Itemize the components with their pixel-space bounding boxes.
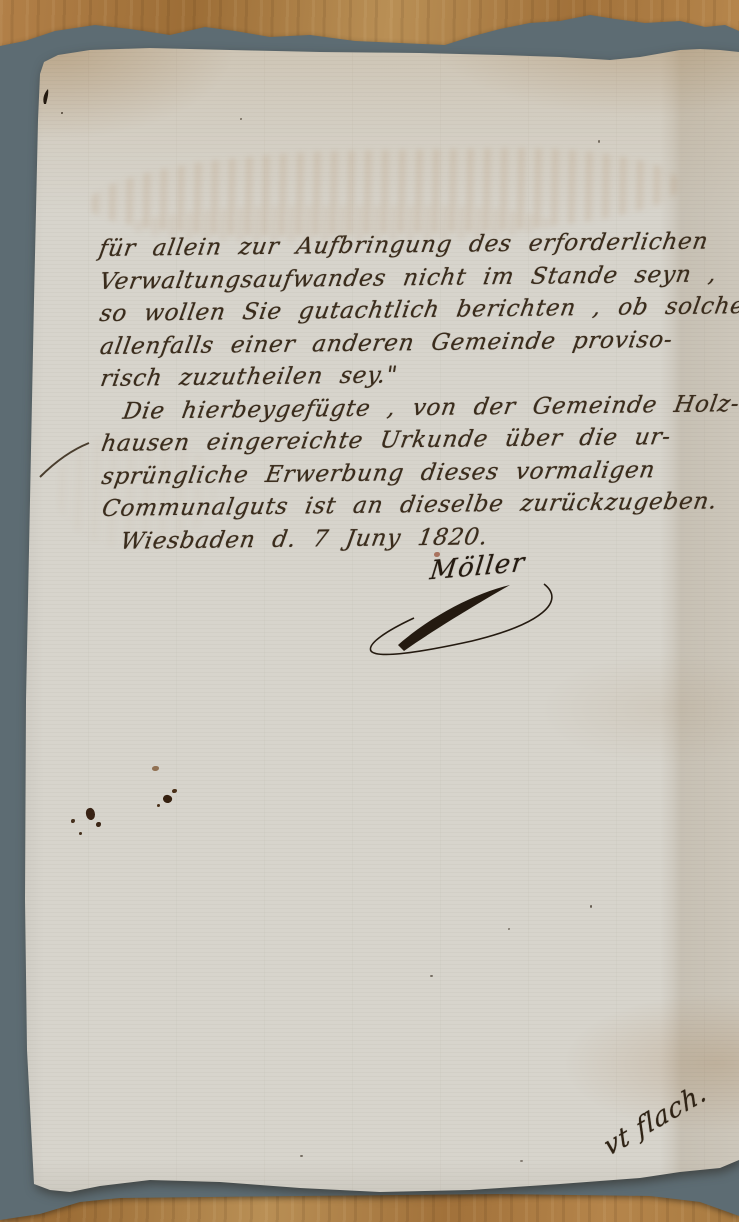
signature-flourish-loop bbox=[370, 584, 551, 654]
ink-speck bbox=[733, 1204, 737, 1207]
ink-marks-overlay bbox=[0, 0, 739, 1222]
ink-speck bbox=[508, 928, 510, 930]
ink-speck bbox=[300, 1155, 303, 1157]
ink-blot bbox=[157, 804, 160, 807]
stain-spot bbox=[152, 766, 159, 771]
dateline: Wiesbaden d. 7 Juny 1820. bbox=[100, 518, 717, 558]
ink-blot bbox=[698, 1200, 706, 1206]
margin-stroke bbox=[40, 443, 89, 477]
ink-blot bbox=[79, 832, 82, 835]
ink-speck bbox=[520, 1160, 523, 1162]
ink-blot bbox=[96, 822, 101, 827]
ink-bleedthrough-band bbox=[87, 145, 678, 239]
ink-blot bbox=[84, 807, 96, 821]
ink-blot bbox=[172, 789, 177, 793]
document-page-shadow: für allein zur Aufbringung des erforderl… bbox=[0, 0, 739, 1222]
ink-speck bbox=[61, 112, 63, 114]
ink-blot bbox=[71, 819, 75, 823]
document-page: für allein zur Aufbringung des erforderl… bbox=[0, 0, 739, 1222]
handwritten-text-block: für allein zur Aufbringung des erforderl… bbox=[96, 226, 712, 558]
ink-speck bbox=[598, 140, 600, 143]
signature-flourish bbox=[398, 585, 510, 651]
ink-speck bbox=[430, 975, 433, 977]
corner-annotation: vt flach. bbox=[601, 1076, 710, 1163]
archival-photo: für allein zur Aufbringung des erforderl… bbox=[0, 0, 739, 1222]
folio-ink-mark bbox=[43, 89, 48, 104]
laid-paper-texture bbox=[0, 0, 739, 1222]
ink-speck bbox=[590, 905, 592, 908]
ink-blot bbox=[722, 1176, 726, 1180]
ink-blot bbox=[162, 793, 174, 804]
ink-speck bbox=[240, 118, 242, 120]
